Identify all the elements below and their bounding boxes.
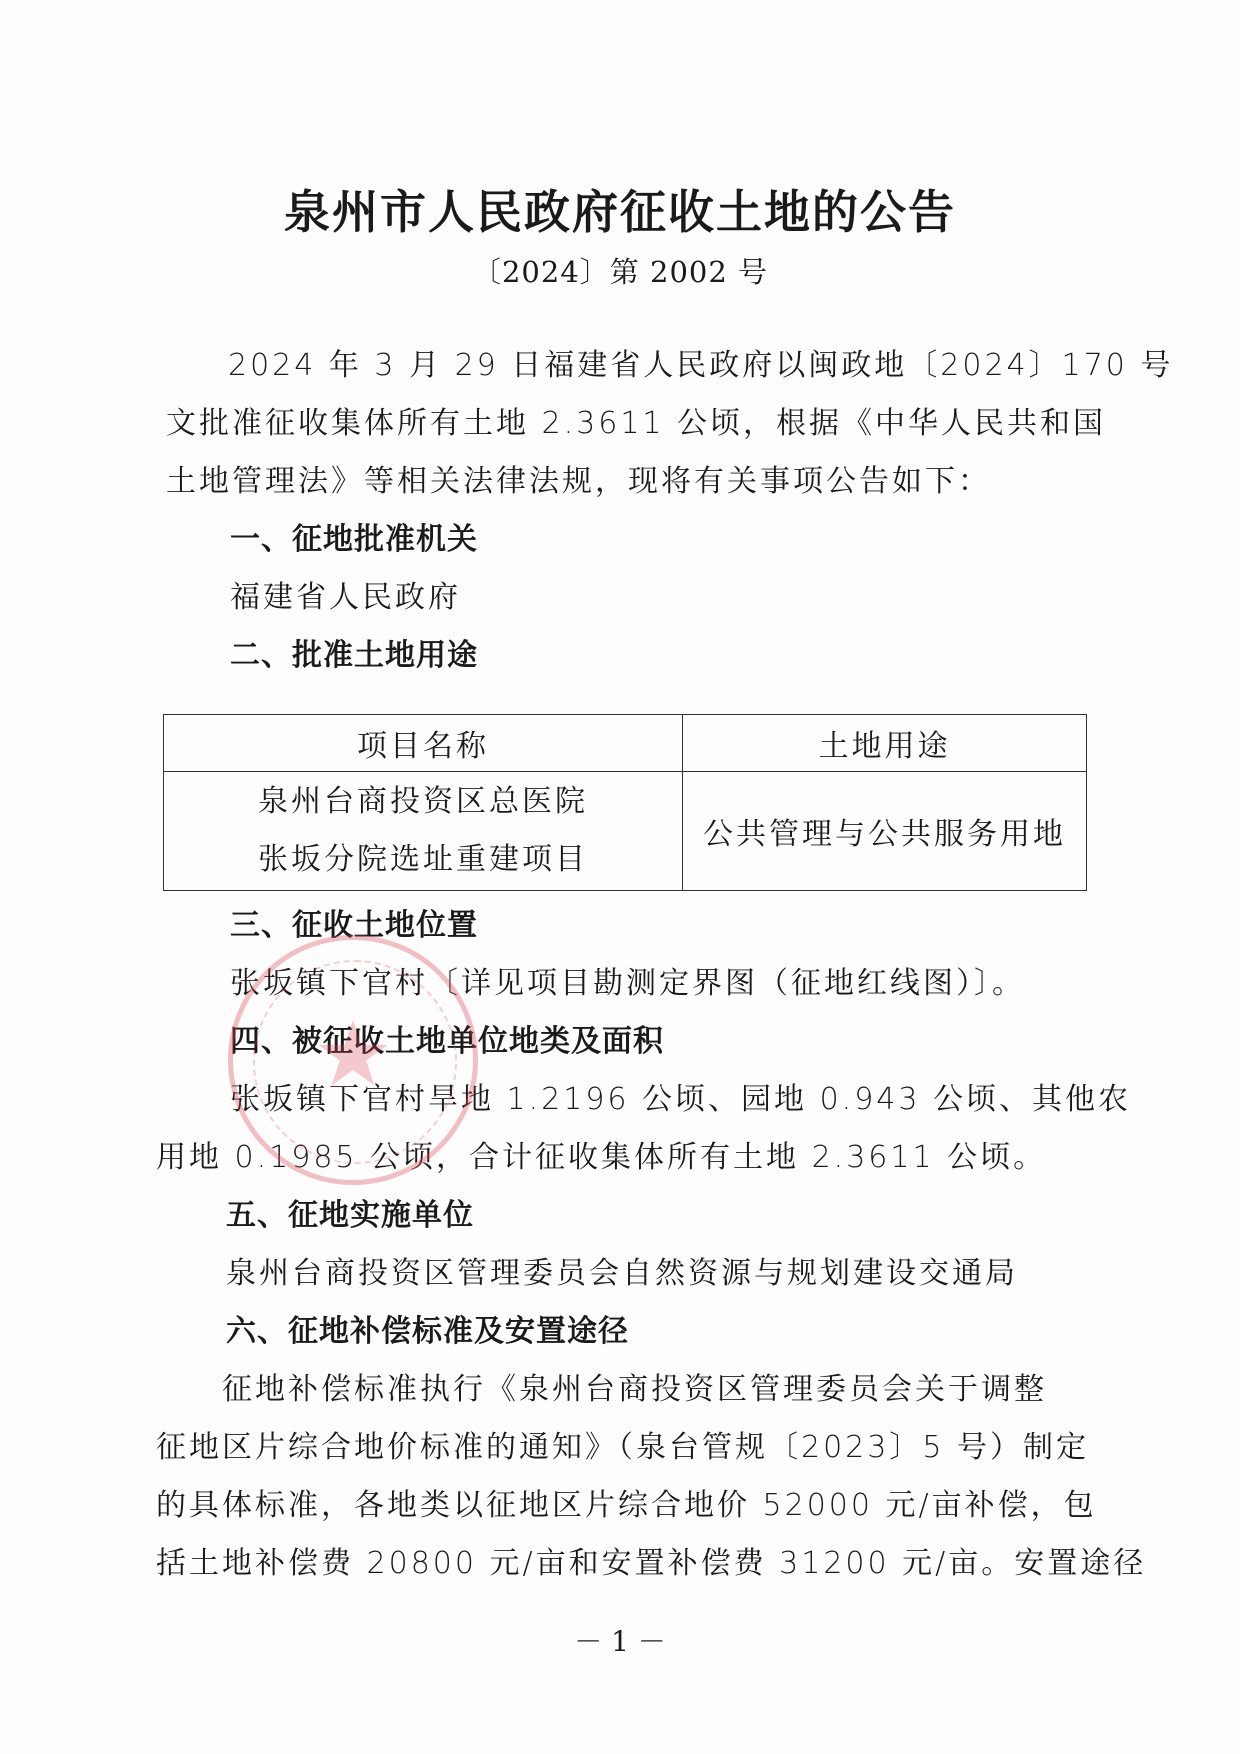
project-name-cell: 泉州台商投资区总医院 张坂分院选址重建项目 <box>164 772 683 891</box>
section-heading-3: 三、征收土地位置 <box>230 900 478 944</box>
section-body: 泉州台商投资区管理委员会自然资源与规划建设交通局 <box>226 1248 1018 1292</box>
document-title: 泉州市人民政府征收土地的公告 <box>0 176 1240 242</box>
table-row: 泉州台商投资区总医院 张坂分院选址重建项目 公共管理与公共服务用地 <box>164 772 1087 891</box>
section-body: 张坂镇下官村〔详见项目勘测定界图（征地红线图）〕。 <box>230 958 1025 1002</box>
document-page: 泉州市人民政府征收土地的公告 〔2024〕第 2002 号 2024 年 3 月… <box>0 0 1240 1754</box>
section-heading-2: 二、批准土地用途 <box>230 630 478 674</box>
column-header-project: 项目名称 <box>164 715 683 772</box>
section-heading-6: 六、征地补偿标准及安置途径 <box>226 1306 629 1350</box>
section-body: 征地区片综合地价标准的通知》（泉台管规〔2023〕5 号）制定 <box>156 1422 1089 1466</box>
intro-line: 文批准征收集体所有土地 2.3611 公顷，根据《中华人民共和国 <box>166 398 1106 442</box>
section-body: 张坂镇下官村旱地 1.2196 公顷、园地 0.943 公顷、其他农 <box>230 1074 1131 1118</box>
project-name-line: 张坂分院选址重建项目 <box>165 831 681 889</box>
column-header-usage: 土地用途 <box>683 715 1087 772</box>
section-body: 用地 0.1985 公顷，合计征收集体所有土地 2.3611 公顷。 <box>156 1132 1046 1176</box>
section-heading-4: 四、被征收土地单位地类及面积 <box>230 1016 664 1060</box>
section-body: 的具体标准，各地类以征地区片综合地价 52000 元/亩补偿，包 <box>156 1480 1097 1524</box>
project-name-line: 泉州台商投资区总医院 <box>165 773 681 831</box>
section-body: 征地补偿标准执行《泉州台商投资区管理委员会关于调整 <box>222 1364 1047 1408</box>
intro-line: 土地管理法》等相关法律法规，现将有关事项公告如下： <box>166 456 991 500</box>
document-number: 〔2024〕第 2002 号 <box>0 250 1240 291</box>
page-number: － 1 － <box>0 1620 1240 1660</box>
table-header-row: 项目名称 土地用途 <box>164 715 1087 772</box>
land-usage-table: 项目名称 土地用途 泉州台商投资区总医院 张坂分院选址重建项目 公共管理与公共服… <box>163 714 1087 891</box>
section-heading-1: 一、征地批准机关 <box>230 514 478 558</box>
section-body: 括土地补偿费 20800 元/亩和安置补偿费 31200 元/亩。安置途径 <box>156 1538 1146 1582</box>
land-usage-cell: 公共管理与公共服务用地 <box>683 772 1087 891</box>
section-heading-5: 五、征地实施单位 <box>226 1190 474 1234</box>
section-body: 福建省人民政府 <box>230 572 461 616</box>
intro-line: 2024 年 3 月 29 日福建省人民政府以闽政地〔2024〕170 号 <box>228 340 1173 384</box>
